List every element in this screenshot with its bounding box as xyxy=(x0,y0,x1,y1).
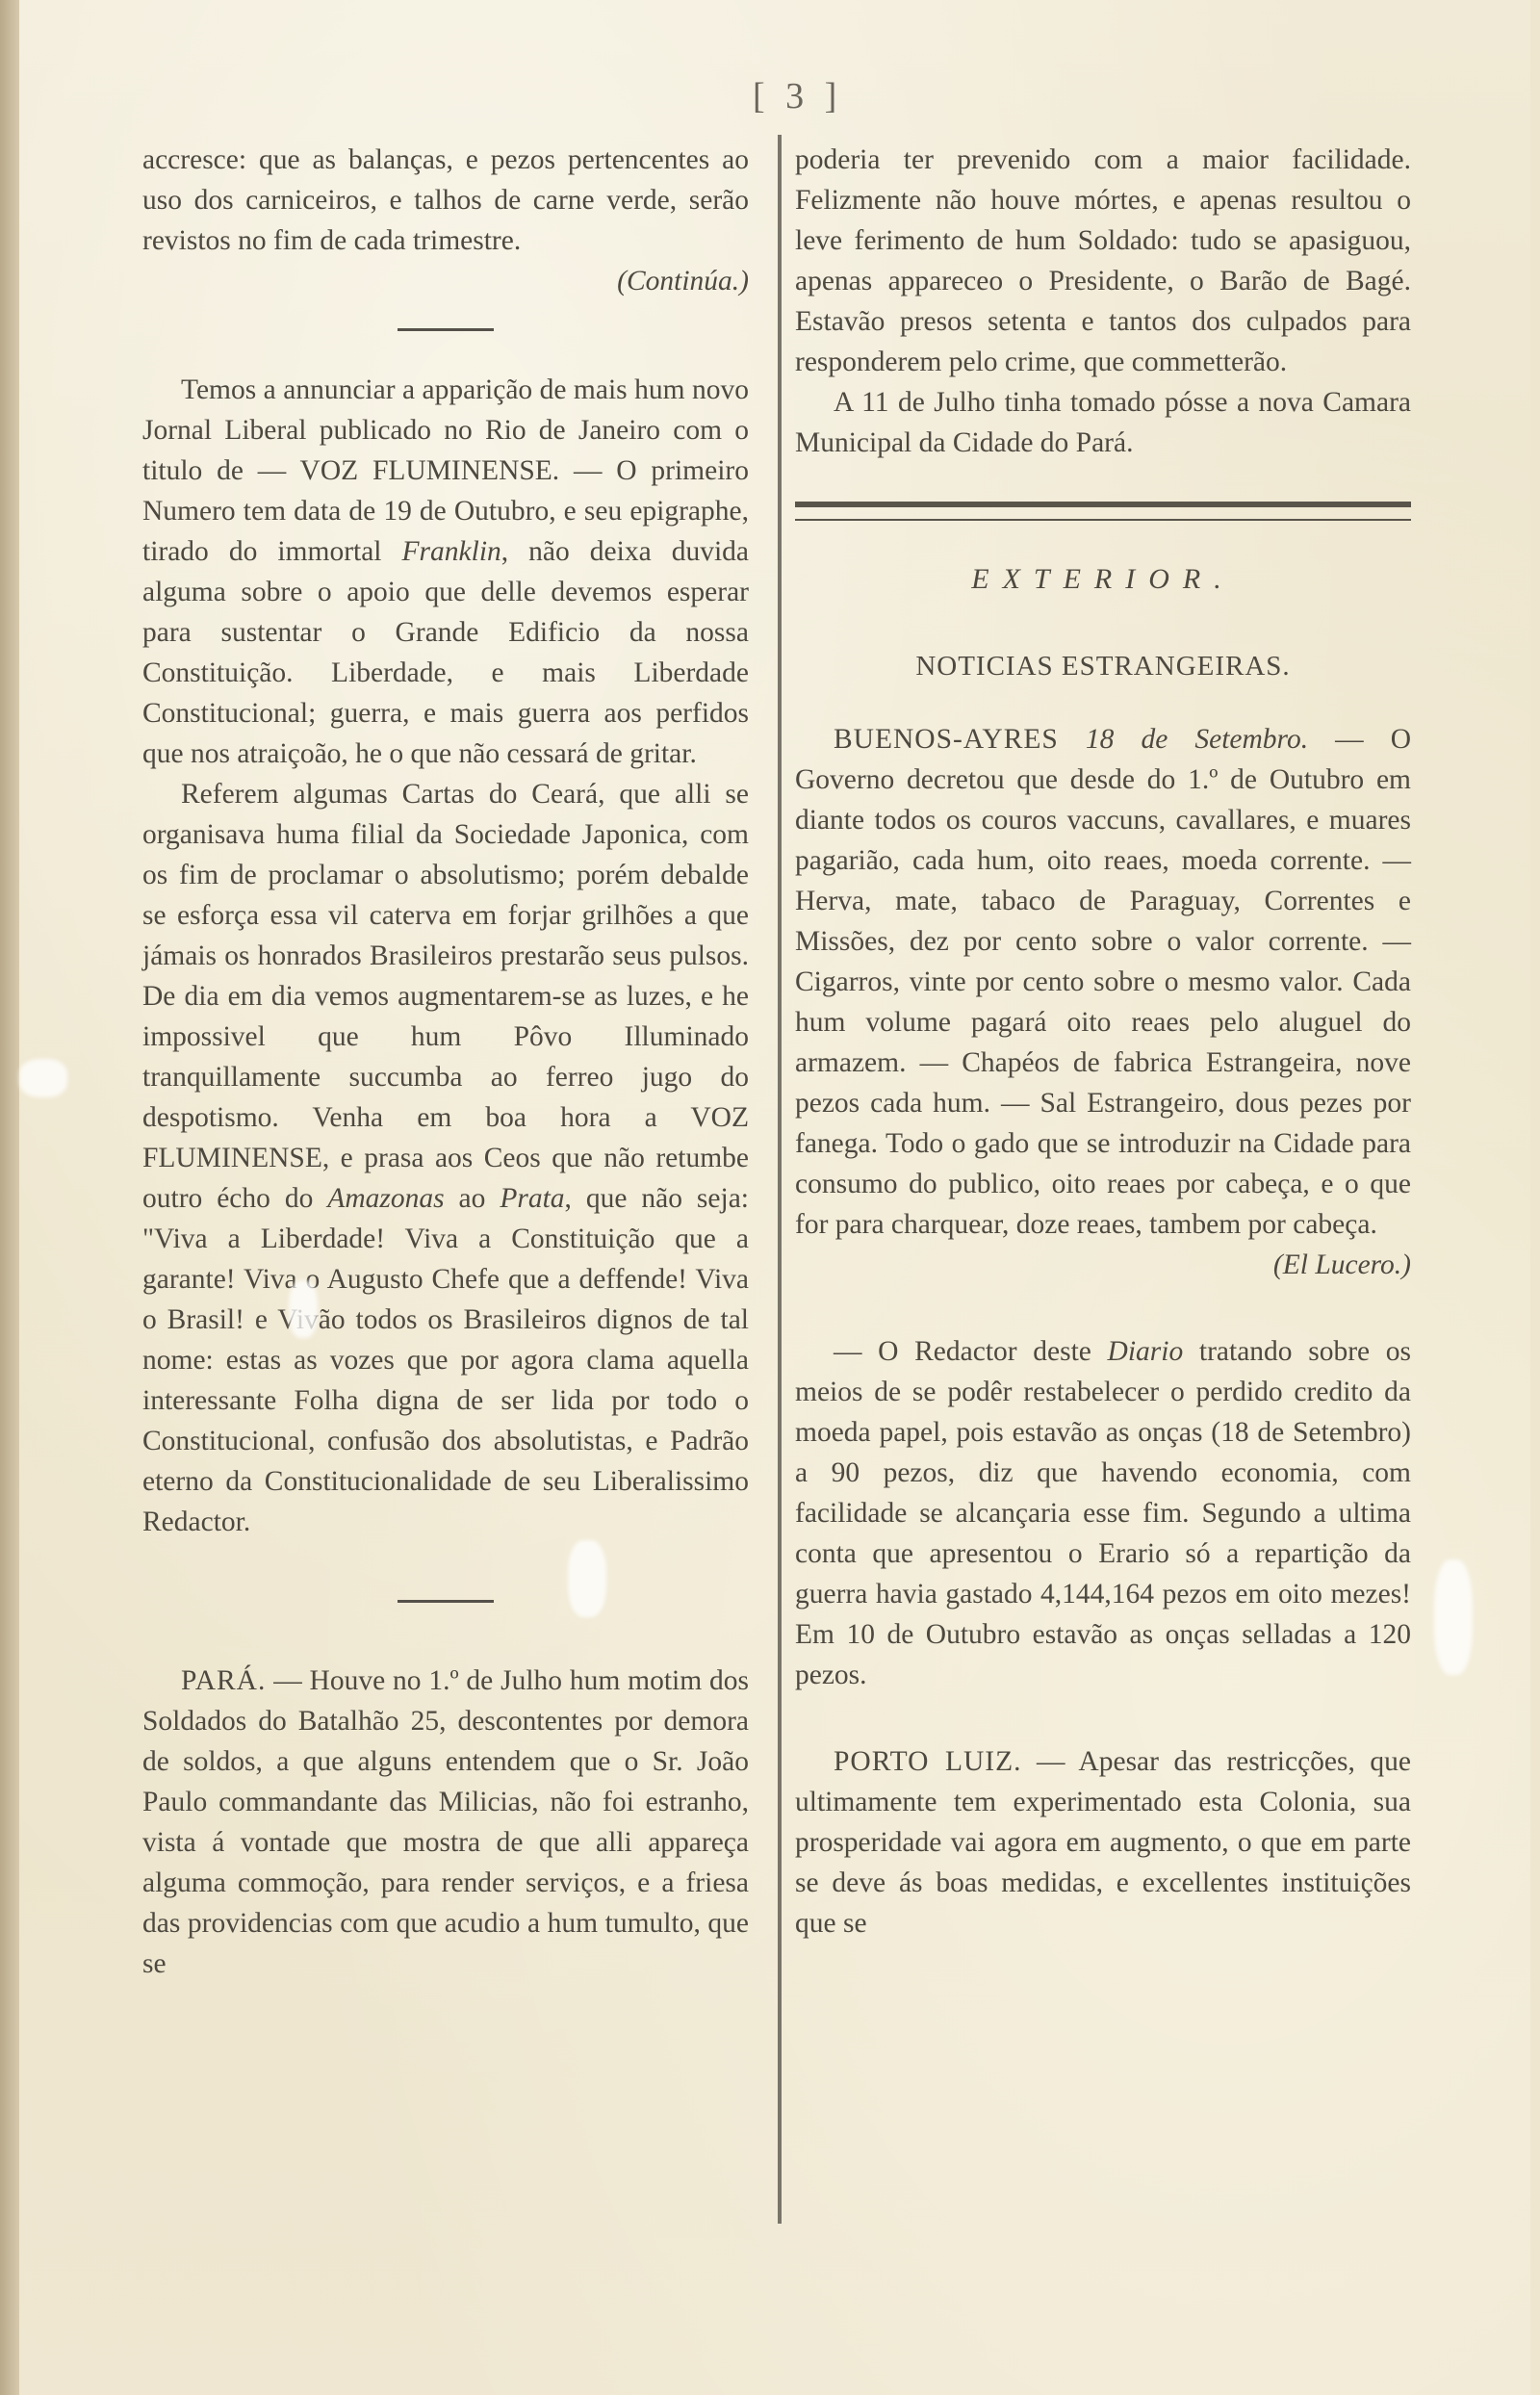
subsection-title-noticias: NOTICIAS ESTRANGEIRAS. xyxy=(795,646,1411,686)
paper-damage xyxy=(289,1280,318,1338)
section-divider xyxy=(795,502,1411,521)
left-column: accresce: que as balanças, e pezos perte… xyxy=(142,140,749,1984)
para-dateline: PARÁ. xyxy=(181,1665,266,1696)
paper-damage xyxy=(1434,1559,1473,1675)
page-number: [ 3 ] xyxy=(753,75,842,117)
voz-fluminense-paragraph-2: Referem algumas Cartas do Ceará, que all… xyxy=(142,774,749,1542)
column-divider xyxy=(778,135,782,2224)
right-column: poderia ter prevenido com a maior facili… xyxy=(795,140,1411,1944)
porto-luiz-article: PORTO LUIZ. — Apesar das restricções, qu… xyxy=(795,1741,1411,1944)
paper-damage xyxy=(568,1540,606,1617)
source-el-lucero: (El Lucero.) xyxy=(795,1245,1411,1285)
continued-signoff: (Continúa.) xyxy=(142,261,749,301)
article-separator xyxy=(398,1600,494,1603)
article-separator xyxy=(398,328,494,331)
paper-damage xyxy=(19,1059,67,1097)
camara-municipal-paragraph: A 11 de Julho tinha tomado pósse a nova … xyxy=(795,382,1411,463)
continued-article-text: accresce: que as balanças, e pezos perte… xyxy=(142,140,749,261)
para-article: PARÁ. — Houve no 1.º de Julho hum motim … xyxy=(142,1661,749,1984)
section-title-exterior: EXTERIOR. xyxy=(795,559,1411,600)
voz-fluminense-paragraph-1: Temos a annunciar a apparição de mais hu… xyxy=(142,370,749,774)
buenos-ayres-article: BUENOS-AYRES 18 de Setembro. — O Governo… xyxy=(795,719,1411,1245)
para-continued-paragraph: poderia ter prevenido com a maior facili… xyxy=(795,140,1411,382)
redactor-article: — O Redactor deste Diario tratando sobre… xyxy=(795,1331,1411,1695)
